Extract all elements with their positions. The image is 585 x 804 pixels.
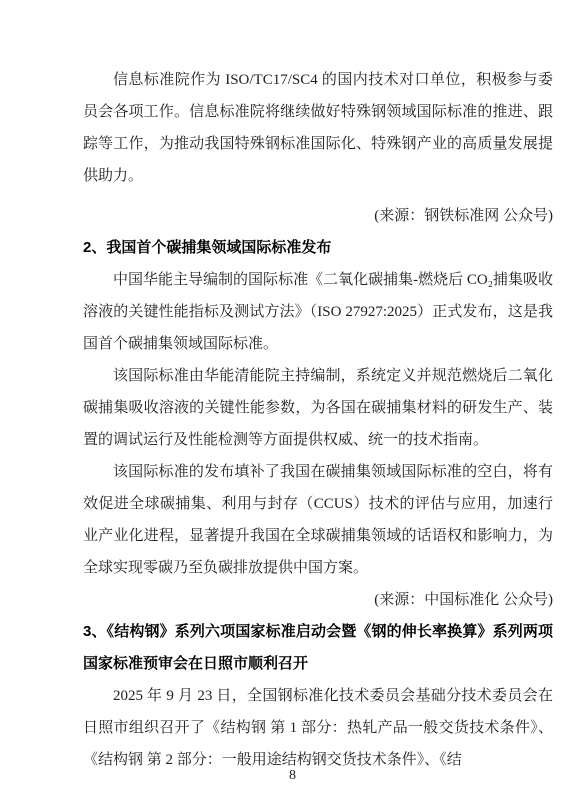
document-page: 信息标准院作为 ISO/TC17/SC4 的国内技术对口单位，积极参与委员会各项… xyxy=(0,0,585,804)
heading-section-2: 2、我国首个碳捕集领域国际标准发布 xyxy=(83,232,553,264)
paragraph-info-institute: 信息标准院作为 ISO/TC17/SC4 的国内技术对口单位，积极参与委员会各项… xyxy=(83,64,553,192)
paragraph-standard-impact: 该国际标准的发布填补了我国在碳捕集领域国际标准的空白，将有效促进全球碳捕集、利用… xyxy=(83,456,553,584)
paragraph-standard-drafting: 该国际标准由华能清能院主持编制，系统定义并规范燃烧后二氧化碳捕集吸收溶液的关键性… xyxy=(83,360,553,456)
heading-section-3: 3、《结构钢》系列六项国家标准启动会暨《钢的伸长率换算》系列两项国家标准预审会在… xyxy=(83,616,553,680)
paragraph-co2-standard-release: 中国华能主导编制的国际标准《二氧化碳捕集-燃烧后 CO₂捕集吸收溶液的关键性能指… xyxy=(83,264,553,360)
paragraph-meeting-rizhao: 2025 年 9 月 23 日，全国钢标准化技术委员会基础分技术委员会在日照市组… xyxy=(83,680,553,776)
page-number: 8 xyxy=(0,766,585,786)
source-attribution-2: (来源：中国标准化 公众号) xyxy=(83,584,553,616)
source-attribution-1: (来源：钢铁标准网 公众号) xyxy=(83,200,553,232)
